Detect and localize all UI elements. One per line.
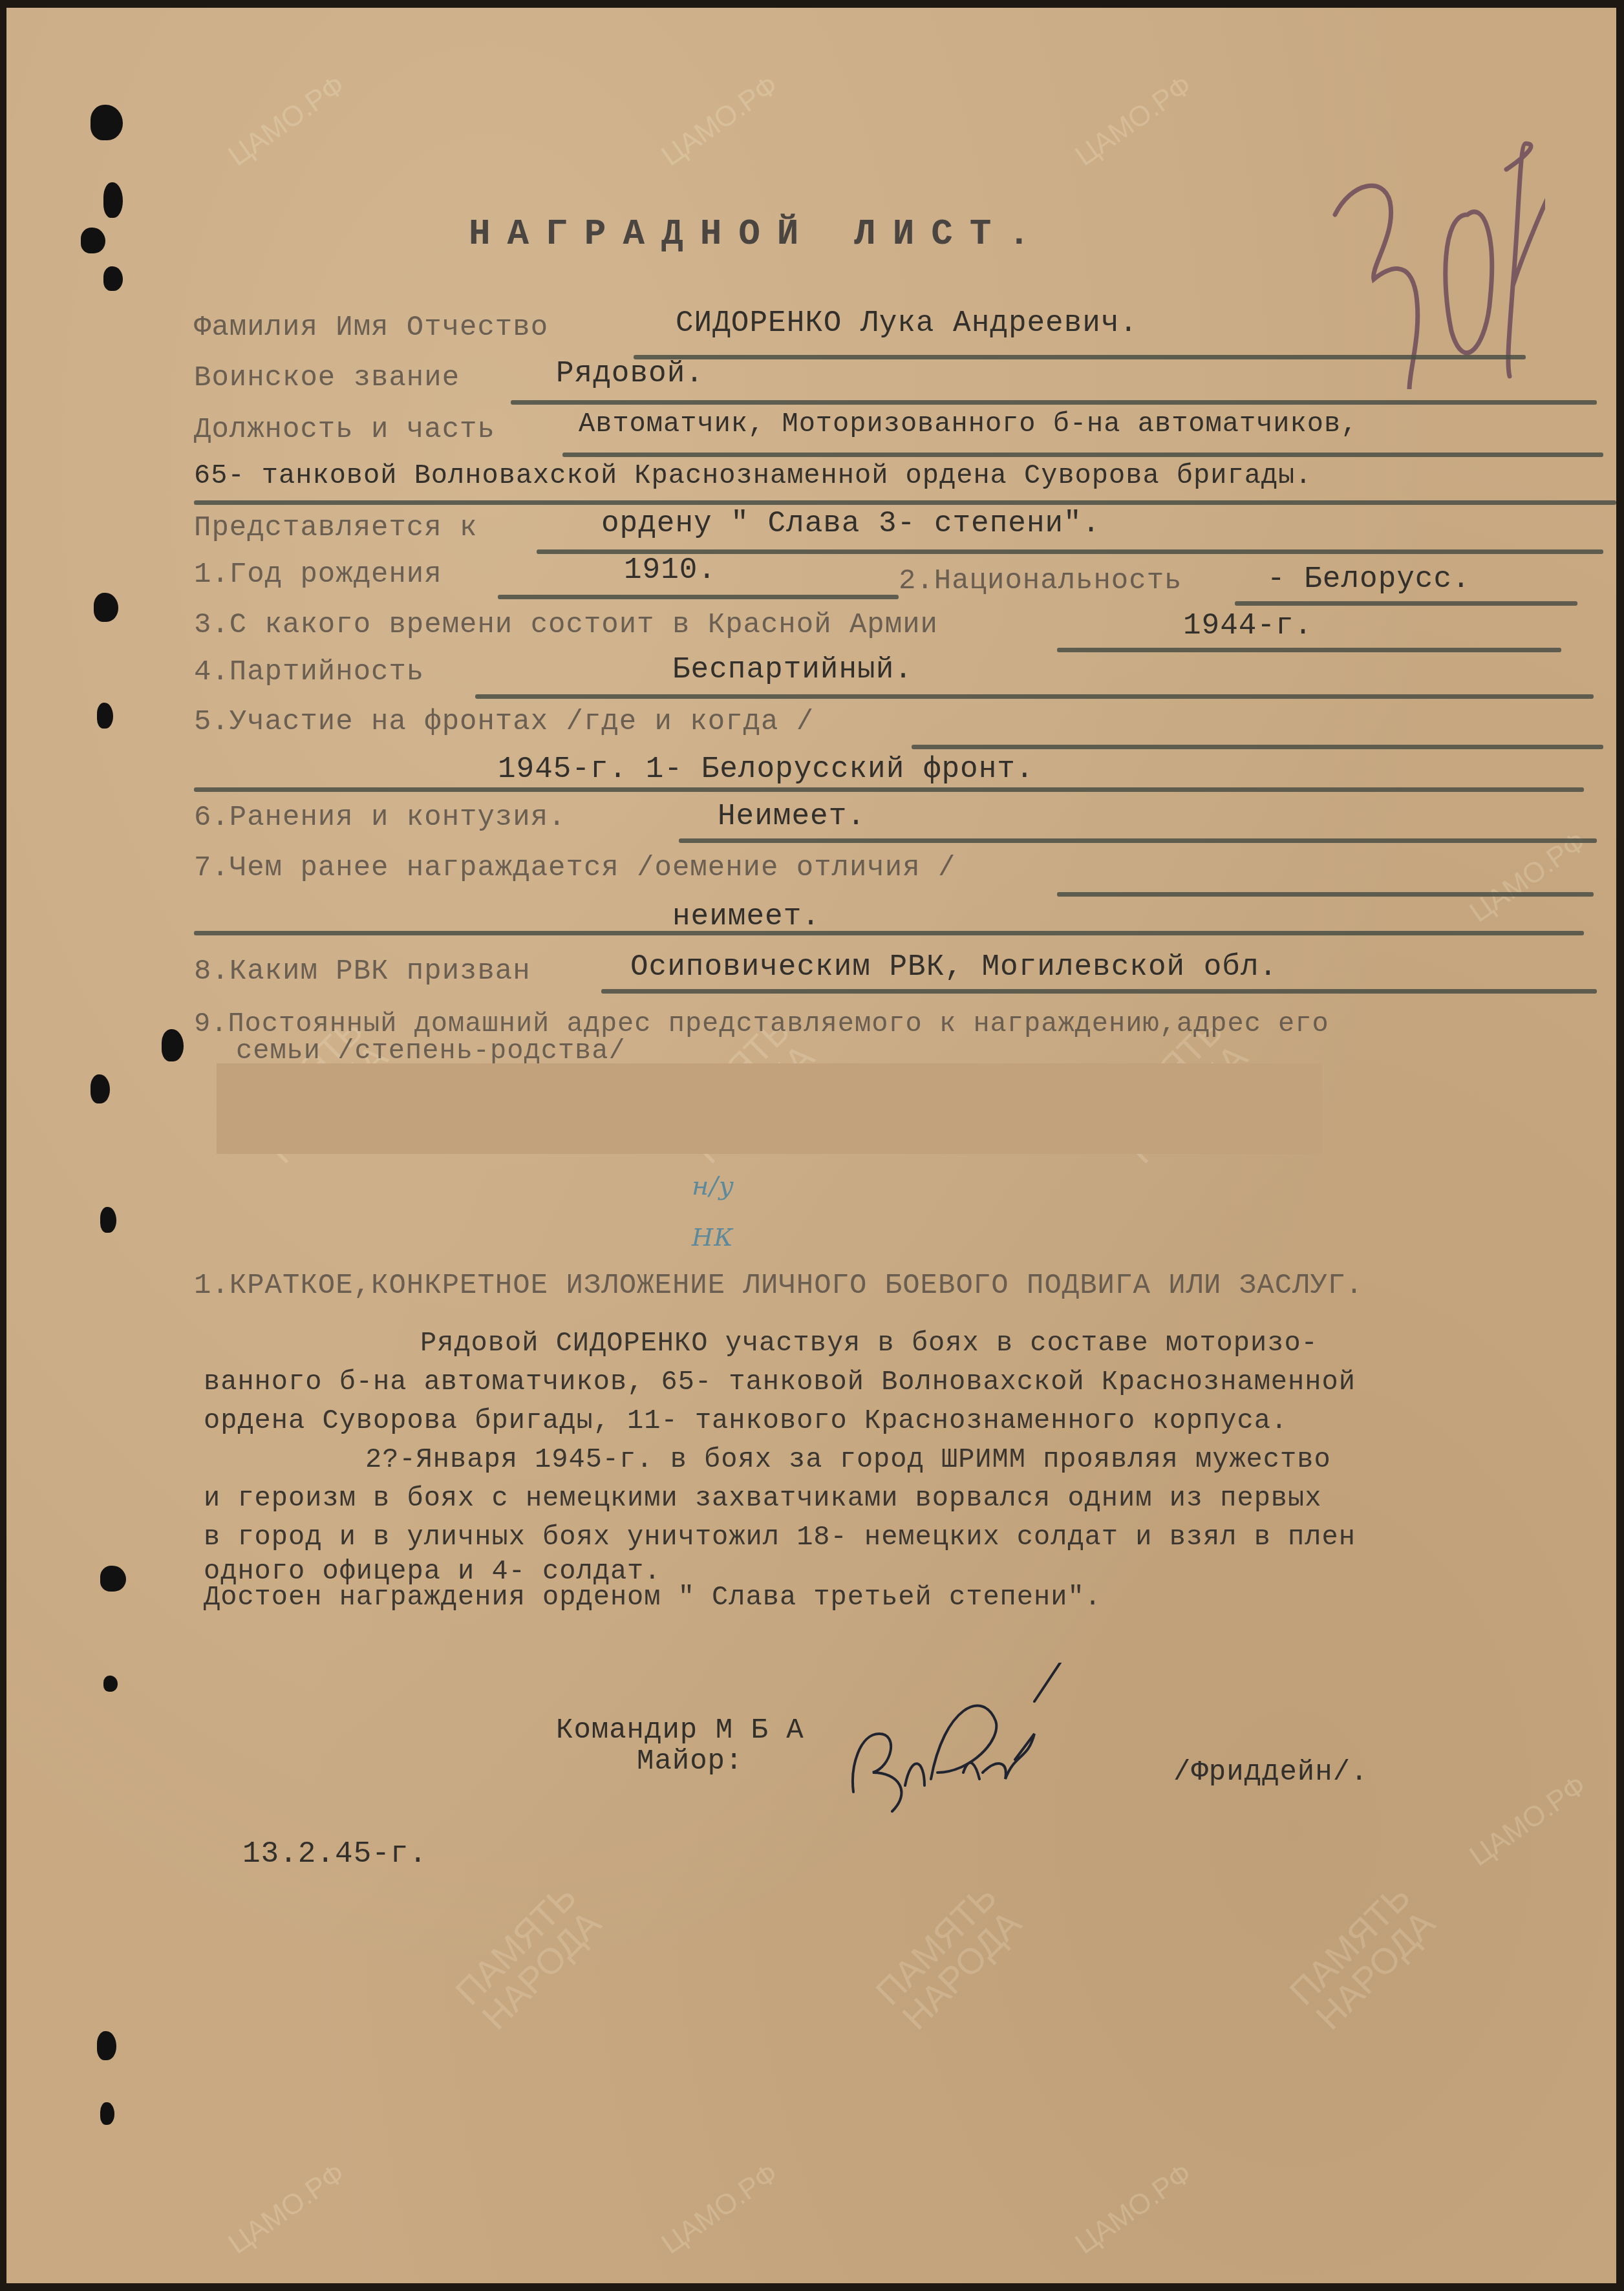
- watermark-project: ПАМЯТЬНАРОДА: [1283, 1878, 1442, 2037]
- field-underline: [1057, 648, 1561, 652]
- fronts-label: 5.Участие на фронтах /где и когда /: [194, 706, 814, 738]
- watermark-project: ПАМЯТЬНАРОДА: [449, 1878, 608, 2037]
- binder-hole: [91, 1074, 110, 1103]
- document-title: НАГРАДНОЙ ЛИСТ.: [469, 213, 1047, 255]
- address-label-line1: 9.Постоянный домашний адрес представляем…: [194, 1008, 1329, 1039]
- nominated-value: ордену " Слава 3- степени".: [601, 507, 1100, 540]
- field-underline: [679, 838, 1597, 843]
- field-underline: [194, 931, 1584, 935]
- narrative-line: Достоен награждения орденом " Слава трет…: [204, 1582, 1102, 1613]
- party-label: 4.Партийность: [194, 656, 424, 688]
- birth-year-value: 1910.: [624, 553, 716, 587]
- signer-role: Командир М Б А: [556, 1714, 804, 1747]
- address-label-line2: семьи /степень-родства/: [236, 1036, 626, 1067]
- prev-awards-value: неимеет.: [672, 900, 820, 933]
- fronts-value: 1945-г. 1- Белорусский фронт.: [498, 752, 1034, 786]
- narrative-line: 2?-Января 1945-г. в боях за город ШРИММ …: [365, 1444, 1331, 1475]
- narrative-line: ванного б-на автоматчиков, 65- танковой …: [204, 1367, 1356, 1398]
- field-underline: [1057, 892, 1594, 897]
- signature-handwritten: [840, 1663, 1099, 1818]
- wounds-label: 6.Ранения и контузия.: [194, 802, 566, 834]
- army-since-value: 1944-г.: [1183, 609, 1312, 643]
- narrative-line: и героизм в боях с немецкими захватчикам…: [204, 1483, 1321, 1514]
- section-heading: 1.КРАТКОЕ,КОНКРЕТНОЕ ИЗЛОЖЕНИЕ ЛИЧНОГО Б…: [194, 1270, 1363, 1302]
- field-underline: [562, 453, 1603, 457]
- narrative-line: ордена Суворова бригады, 11- танкового К…: [204, 1405, 1288, 1436]
- field-underline: [601, 989, 1597, 994]
- binder-hole: [97, 703, 113, 729]
- binder-hole: [162, 1029, 184, 1061]
- narrative-line: Рядовой СИДОРЕНКО участвуя в боях в сост…: [420, 1328, 1318, 1359]
- nationality-label: 2.Национальность: [899, 565, 1182, 597]
- watermark-project: ПАМЯТЬНАРОДА: [870, 1878, 1029, 2037]
- binder-hole: [94, 593, 118, 622]
- archive-number-handwritten: [1312, 118, 1545, 389]
- field-underline: [912, 745, 1603, 749]
- field-underline: [511, 400, 1597, 405]
- binder-hole: [97, 2031, 116, 2060]
- field-underline: [194, 787, 1584, 792]
- prev-awards-label: 7.Чем ранее награждается /оемение отличи…: [194, 852, 956, 884]
- watermark-archive: ЦАМО.РФ: [1069, 69, 1197, 173]
- position-value-line1: Автоматчик, Моторизованного б-на автомат…: [579, 409, 1358, 440]
- watermark-archive: ЦАМО.РФ: [1069, 2157, 1197, 2261]
- watermark-archive: ЦАМО.РФ: [1464, 1769, 1592, 1873]
- binder-hole: [103, 182, 123, 218]
- binder-hole: [103, 266, 123, 291]
- blue-annotation: н/у: [692, 1171, 734, 1201]
- wounds-value: Неимеет.: [718, 800, 866, 833]
- draft-office-label: 8.Каким РВК призван: [194, 955, 531, 988]
- signer-name: /Фриддейн/.: [1173, 1756, 1368, 1789]
- watermark-archive: ЦАМО.РФ: [222, 69, 350, 173]
- name-value: СИДОРЕНКО Лука Андреевич.: [676, 306, 1138, 340]
- position-label: Должность и часть: [194, 414, 495, 446]
- draft-office-value: Осиповическим РВК, Могилевской обл.: [630, 950, 1277, 984]
- binder-hole: [100, 1566, 126, 1592]
- rank-value: Рядовой.: [556, 357, 704, 390]
- army-since-label: 3.С какого времени состоит в Красной Арм…: [194, 609, 938, 641]
- field-underline: [634, 355, 1526, 359]
- field-underline: [475, 694, 1594, 699]
- document-date: 13.2.45-г.: [242, 1837, 427, 1871]
- binder-hole: [103, 1676, 118, 1692]
- field-underline: [194, 500, 1616, 505]
- signer-rank: Майор:: [637, 1745, 743, 1778]
- award-sheet-page: ЦАМО.РФ ЦАМО.РФ ЦАМО.РФ ЦАМО.РФ ЦАМО.РФ …: [6, 8, 1616, 2283]
- redacted-address-block: [217, 1063, 1322, 1154]
- nominated-label: Представляется к: [194, 512, 477, 544]
- binder-hole: [91, 105, 123, 140]
- position-value-line2: 65- танковой Волновахской Краснознаменно…: [194, 460, 1312, 491]
- field-underline: [1235, 601, 1577, 606]
- party-value: Беспартийный.: [672, 653, 913, 687]
- watermark-archive: ЦАМО.РФ: [222, 2157, 350, 2261]
- nationality-value: - Белорусс.: [1267, 562, 1471, 596]
- watermark-archive: ЦАМО.РФ: [656, 69, 784, 173]
- binder-hole: [81, 228, 105, 253]
- binder-hole: [100, 2102, 114, 2125]
- blue-annotation: НК: [692, 1223, 734, 1252]
- birth-year-label: 1.Год рождения: [194, 559, 442, 591]
- binder-hole: [100, 1207, 116, 1233]
- narrative-line: в город и в уличных боях уничтожил 18- н…: [204, 1522, 1356, 1553]
- name-label: Фамилия Имя Отчество: [194, 312, 548, 344]
- watermark-archive: ЦАМО.РФ: [656, 2157, 784, 2261]
- rank-label: Воинское звание: [194, 362, 460, 394]
- field-underline: [498, 595, 899, 599]
